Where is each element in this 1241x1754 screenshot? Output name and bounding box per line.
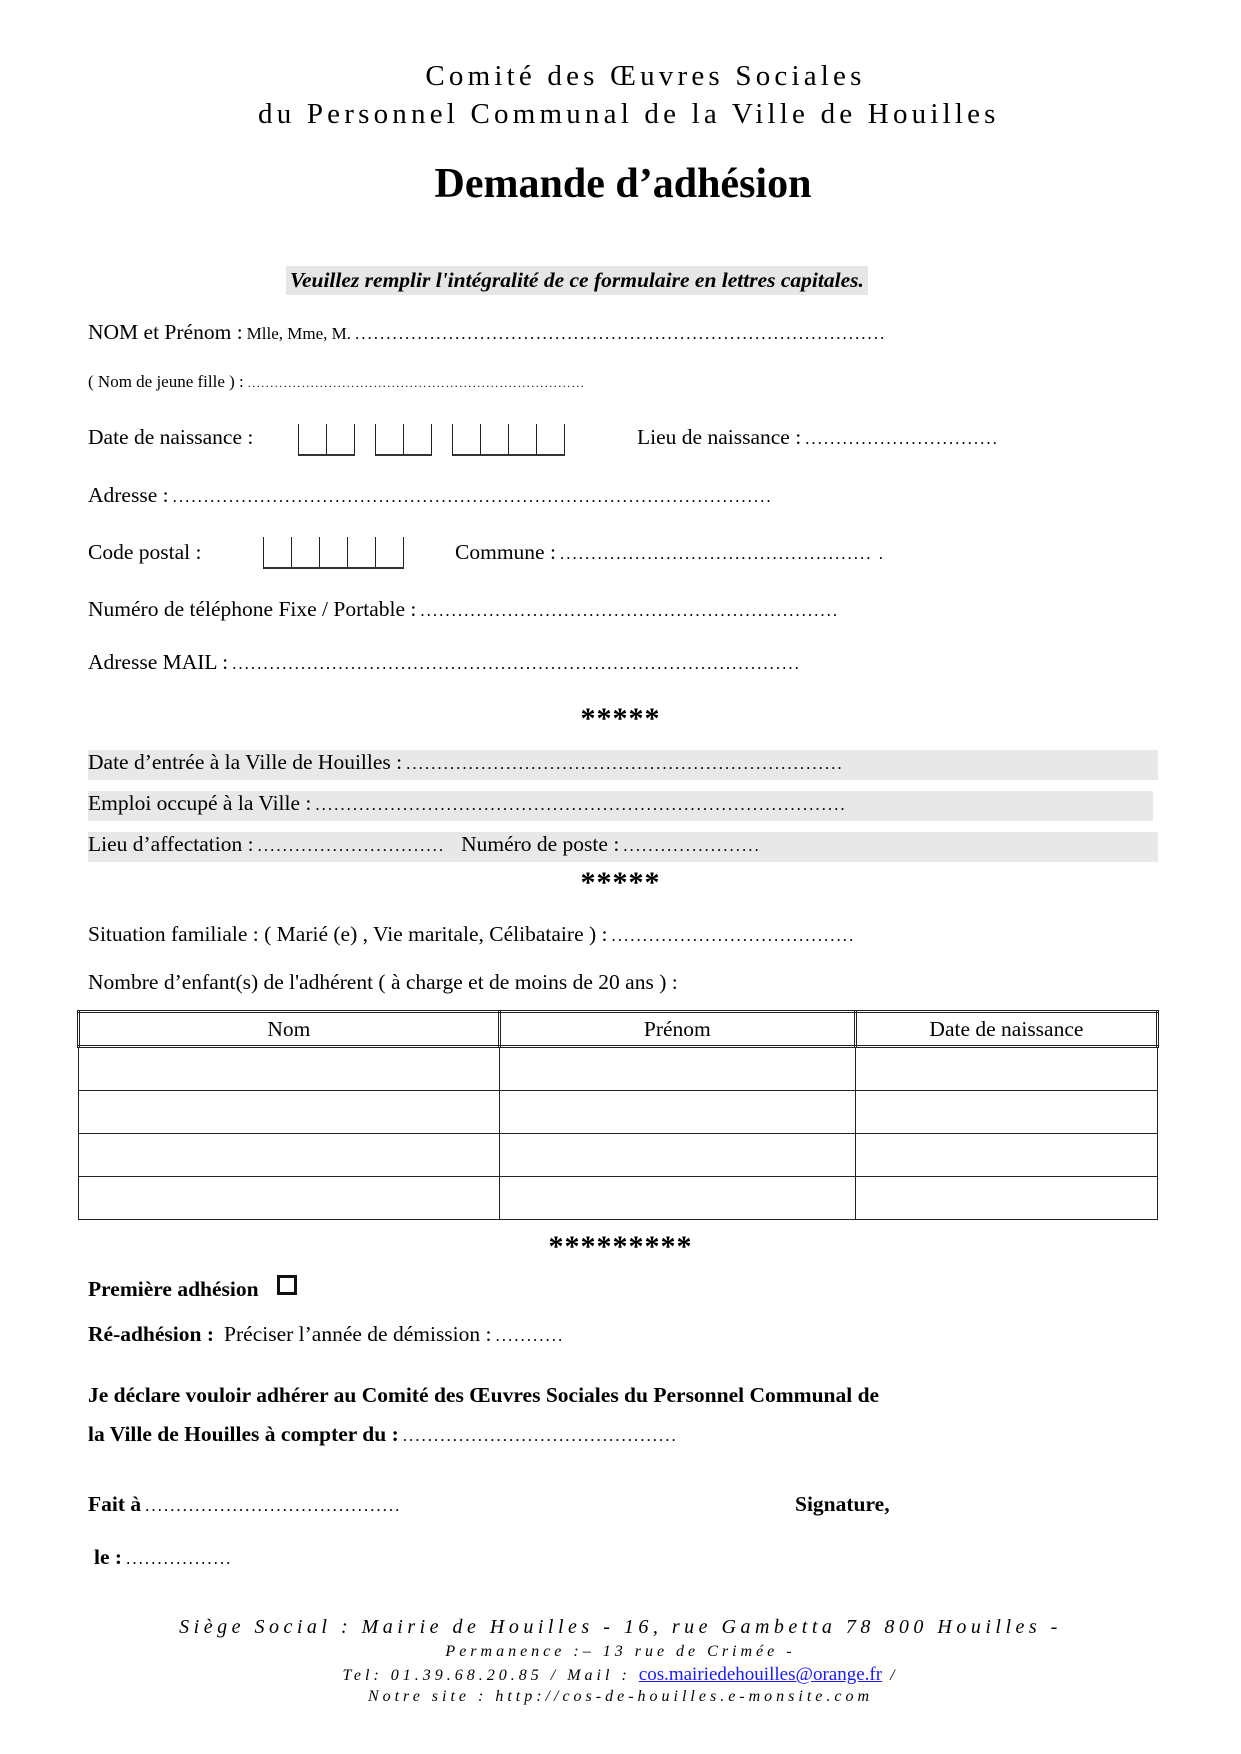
column-header-date-naissance: Date de naissance [855, 1012, 1157, 1047]
field-lieu-affectation[interactable]: Lieu d’affectation : ...................… [88, 832, 1158, 862]
footer-phone: Tel: 01.39.68.20.85 / Mail : [342, 1667, 630, 1684]
numero-poste-fill-line[interactable]: ...................... [623, 836, 761, 855]
declaration-line1: Je déclare vouloir adhérer au Comité des… [88, 1383, 879, 1408]
footer-permanence: Permanence :– 13 rue de Crimée - [0, 1643, 1241, 1661]
page-title: Demande d’adhésion [0, 160, 1241, 208]
field-situation-familiale[interactable]: Situation familiale : ( Marié (e) , Vie … [88, 922, 855, 947]
column-header-nom: Nom [79, 1012, 500, 1047]
readhesion-label: Ré-adhésion : [88, 1322, 214, 1346]
signature-label: Signature, [795, 1492, 890, 1517]
field-emploi[interactable]: Emploi occupé à la Ville : .............… [88, 791, 1153, 821]
cell-prenom[interactable] [499, 1047, 855, 1091]
fait-a-field[interactable]: Fait à .................................… [88, 1492, 401, 1517]
separator: ***** [0, 866, 1241, 900]
cell-date-naissance[interactable] [855, 1047, 1157, 1091]
field-label: ( Nom de jeune fille ) : [88, 372, 244, 391]
field-date-entree[interactable]: Date d’entrée à la Ville de Houilles : .… [88, 750, 1158, 780]
fill-line[interactable]: ........................................… [560, 544, 885, 563]
field-adresse[interactable]: Adresse : ..............................… [88, 483, 773, 508]
code-postal-boxes[interactable] [263, 537, 404, 569]
footer-website: Notre site : http://cos-de-houilles.e-mo… [0, 1688, 1241, 1706]
field-label: NOM et Prénom : [88, 320, 243, 344]
cell-prenom[interactable] [499, 1134, 855, 1177]
declaration-line2: la Ville de Houilles à compter du : [88, 1422, 399, 1446]
field-label: Situation familiale : ( Marié (e) , Vie … [88, 922, 608, 946]
fill-line[interactable]: ........................................… [403, 1426, 678, 1445]
field-label: Numéro de téléphone Fixe / Portable : [88, 597, 416, 621]
code-postal-label: Code postal : [88, 540, 201, 565]
premiere-adhesion-label: Première adhésion [88, 1277, 259, 1301]
organization-name-line1: Comité des Œuvres Sociales [0, 60, 1241, 93]
footer-email-link[interactable]: cos.mairiedehouilles@orange.fr [639, 1664, 882, 1685]
civility-options: Mlle, Mme, M. [247, 324, 351, 343]
footer-separator: / [890, 1667, 898, 1684]
table-row [79, 1047, 1158, 1091]
field-label: Date d’entrée à la Ville de Houilles : [88, 750, 402, 774]
field-label: Emploi occupé à la Ville : [88, 791, 311, 815]
field-label: Commune : [455, 540, 556, 564]
fill-line[interactable]: ........... [496, 1326, 565, 1345]
field-label: Lieu de naissance : [637, 425, 801, 449]
field-label: Lieu d’affectation : [88, 832, 254, 856]
fill-line[interactable]: ........................................… [232, 654, 801, 673]
footer-contact: Tel: 01.39.68.20.85 / Mail : cos.mairied… [0, 1664, 1241, 1686]
date-naissance-day-boxes[interactable] [298, 424, 355, 456]
fill-line[interactable]: ........................................… [173, 487, 773, 506]
field-label: Adresse MAIL : [88, 650, 228, 674]
readhesion-text: Préciser l’année de démission : [224, 1322, 491, 1346]
table-row [79, 1134, 1158, 1177]
fill-line[interactable]: ........................................… [406, 754, 844, 773]
premiere-adhesion-checkbox[interactable] [277, 1275, 297, 1295]
fill-line[interactable]: ........................................… [145, 1496, 401, 1515]
instruction-banner: Veuillez remplir l'intégralité de ce for… [286, 266, 868, 295]
children-table: Nom Prénom Date de naissance [77, 1010, 1159, 1220]
field-label: Adresse : [88, 483, 169, 507]
field-lieu-naissance[interactable]: Lieu de naissance : ....................… [637, 425, 999, 450]
fill-line[interactable]: ........................................… [420, 601, 839, 620]
cell-date-naissance[interactable] [855, 1134, 1157, 1177]
fill-line[interactable]: .............................. [258, 836, 446, 855]
fill-line[interactable]: ........................................… [355, 324, 886, 343]
cell-prenom[interactable] [499, 1091, 855, 1134]
field-commune[interactable]: Commune : ..............................… [455, 540, 885, 565]
table-row [79, 1091, 1158, 1134]
fill-line[interactable]: ........................................… [315, 795, 846, 814]
field-mail[interactable]: Adresse MAIL : .........................… [88, 650, 801, 675]
table-header-row: Nom Prénom Date de naissance [79, 1012, 1158, 1047]
readhesion-field[interactable]: Ré-adhésion : Préciser l’année de démiss… [88, 1322, 564, 1347]
enfants-label: Nombre d’enfant(s) de l'adhérent ( à cha… [88, 970, 678, 995]
le-label: le : [94, 1545, 122, 1569]
premiere-adhesion-option[interactable]: Première adhésion [88, 1275, 297, 1302]
le-date-field[interactable]: le : ................. [94, 1545, 232, 1570]
table-row [79, 1177, 1158, 1220]
numero-poste-label: Numéro de poste : [461, 832, 619, 856]
cell-nom[interactable] [79, 1047, 500, 1091]
separator: ********* [0, 1230, 1241, 1264]
date-naissance-year-boxes[interactable] [452, 424, 565, 456]
cell-nom[interactable] [79, 1177, 500, 1220]
separator: ***** [0, 702, 1241, 736]
field-nom-prenom[interactable]: NOM et Prénom : Mlle, Mme, M. ..........… [88, 320, 886, 345]
organization-name-line2: du Personnel Communal de la Ville de Hou… [258, 98, 1000, 131]
field-telephone[interactable]: Numéro de téléphone Fixe / Portable : ..… [88, 597, 839, 622]
date-naissance-label: Date de naissance : [88, 425, 253, 450]
fill-line[interactable]: ............................... [805, 429, 999, 448]
cell-date-naissance[interactable] [855, 1177, 1157, 1220]
cell-nom[interactable] [79, 1091, 500, 1134]
cell-nom[interactable] [79, 1134, 500, 1177]
field-nom-jeune-fille[interactable]: ( Nom de jeune fille ) : ...............… [88, 372, 585, 392]
column-header-prenom: Prénom [499, 1012, 855, 1047]
declaration-date-field[interactable]: la Ville de Houilles à compter du : ....… [88, 1422, 678, 1447]
footer-address: Siège Social : Mairie de Houilles - 16, … [0, 1616, 1241, 1639]
fill-line[interactable]: ................. [126, 1549, 232, 1568]
date-naissance-month-boxes[interactable] [375, 424, 432, 456]
fait-a-label: Fait à [88, 1492, 141, 1516]
cell-prenom[interactable] [499, 1177, 855, 1220]
fill-line[interactable]: ....................................... [612, 926, 856, 945]
cell-date-naissance[interactable] [855, 1091, 1157, 1134]
fill-line[interactable]: ........................................… [248, 376, 586, 390]
